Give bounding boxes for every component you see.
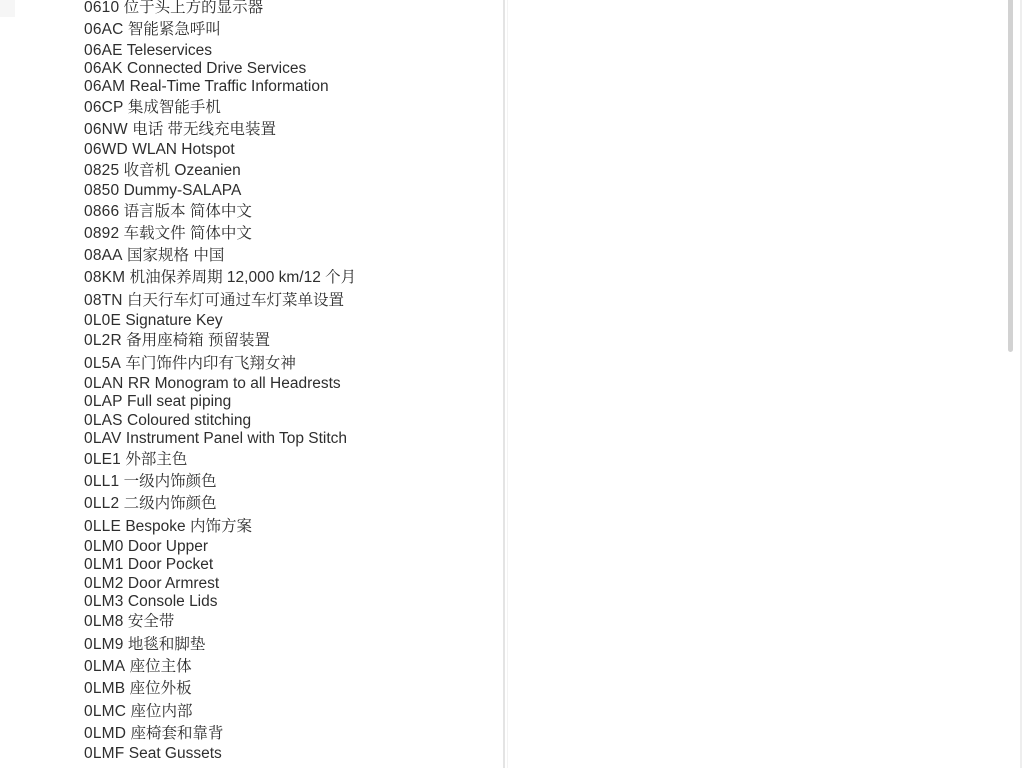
option-code: 0L2R [84,332,122,349]
option-code: 0LM3 [84,593,124,610]
option-description: 外部主色 [125,451,187,468]
option-description: 国家规格 中国 [127,247,224,264]
option-code: 0892 [84,225,119,242]
option-description: 备用座椅箱 预留装置 [126,332,270,349]
option-code: 06WD [84,141,128,158]
option-description: 座位外板 [130,680,192,697]
list-item: 0LAS Coloured stitching [84,412,503,430]
option-code: 0L5A [84,355,121,372]
option-description: Teleservices [127,42,212,59]
option-description: 集成智能手机 [128,99,221,116]
option-description: WLAN Hotspot [132,141,235,158]
list-item: 0LM3 Console Lids [84,593,503,611]
option-code: 0LLE [84,518,121,535]
list-item: 0LAV Instrument Panel with Top Stitch [84,430,503,448]
list-item: 0892 车载文件 简体中文 [84,223,503,245]
option-description: Real-Time Traffic Information [130,78,329,95]
option-code: 0866 [84,203,119,220]
option-description: Door Armrest [128,575,219,592]
list-item: 0L2R 备用座椅箱 预留装置 [84,330,503,352]
list-item: 08TN 白天行车灯可通过车灯菜单设置 [84,290,503,312]
option-code: 0LM8 [84,613,124,630]
option-description: Bespoke 内饰方案 [125,518,252,535]
list-item: 0LM9 地毯和脚垫 [84,634,503,656]
list-item: 0LMF Seat Gussets [84,745,503,763]
app-window: 0610 位于头上方的显示器06AC 智能紧急呼叫06AE Teleservic… [0,0,1024,768]
option-code: 0LL1 [84,473,119,490]
option-description: 车载文件 简体中文 [124,225,252,242]
option-code: 06AK [84,60,123,77]
list-item: 0L5A 车门饰件内印有飞翔女神 [84,353,503,375]
option-code: 0LAN [84,375,124,392]
list-item: 0LM8 安全带 [84,611,503,633]
option-description: 车门饰件内印有飞翔女神 [125,355,296,372]
option-description: Coloured stitching [127,412,251,429]
list-item: 0866 语言版本 简体中文 [84,201,503,223]
option-code: 06CP [84,99,124,116]
list-item: 0LMC 座位内部 [84,701,503,723]
option-description: 收音机 Ozeanien [124,162,241,179]
option-code: 0LAS [84,412,123,429]
list-item: 0LM1 Door Pocket [84,556,503,574]
list-item: 0LE1 外部主色 [84,449,503,471]
list-item: 0LMA 座位主体 [84,656,503,678]
list-item: 08KM 机油保养周期 12,000 km/12 个月 [84,267,503,289]
option-description: Seat Gussets [129,745,222,762]
option-code: 0LMD [84,725,126,742]
option-code: 0LM0 [84,538,124,555]
option-code: 06AC [84,21,124,38]
list-item: 06CP 集成智能手机 [84,97,503,119]
list-item: 0LM2 Door Armrest [84,575,503,593]
list-item: 0LL2 二级内饰颜色 [84,493,503,515]
option-description: 座位内部 [130,703,192,720]
list-item: 08AA 国家规格 中国 [84,245,503,267]
option-code: 0L0E [84,312,121,329]
list-item: 0850 Dummy-SALAPA [84,182,503,200]
option-code: 0LMA [84,658,125,675]
scrollbar-thumb[interactable] [1008,0,1013,352]
option-description: Full seat piping [127,393,231,410]
option-code: 0LM2 [84,575,124,592]
options-scroll-area[interactable]: 0610 位于头上方的显示器06AC 智能紧急呼叫06AE Teleservic… [0,0,503,768]
option-code: 0850 [84,182,119,199]
option-description: Dummy-SALAPA [124,182,242,199]
option-description: Door Pocket [128,556,213,573]
list-item: 06WD WLAN Hotspot [84,141,503,159]
list-item: 0LAP Full seat piping [84,393,503,411]
list-item: 0LMD 座椅套和靠背 [84,723,503,745]
pane-divider [503,0,505,768]
option-code: 0LL2 [84,495,119,512]
option-code: 0LMC [84,703,126,720]
list-item: 0L0E Signature Key [84,312,503,330]
option-code: 0LAV [84,430,122,447]
option-description: Signature Key [125,312,222,329]
option-code: 0LAP [84,393,123,410]
list-item: 0LM0 Door Upper [84,538,503,556]
option-code: 06AE [84,42,123,59]
option-description: Console Lids [128,593,218,610]
list-item: 0825 收音机 Ozeanien [84,160,503,182]
option-code: 06NW [84,121,128,138]
list-item: 0LAN RR Monogram to all Headrests [84,375,503,393]
option-code: 0825 [84,162,119,179]
option-description: 二级内饰颜色 [124,495,217,512]
list-item: 06AK Connected Drive Services [84,60,503,78]
option-description: 白天行车灯可通过车灯菜单设置 [127,292,344,309]
option-code: 08KM [84,269,125,286]
option-description: 电话 带无线充电装置 [132,121,276,138]
option-code: 08TN [84,292,123,309]
option-description: Connected Drive Services [127,60,306,77]
option-description: 座椅套和靠背 [130,725,223,742]
option-code: 0610 [84,0,119,16]
list-item: 0LLE Bespoke 内饰方案 [84,516,503,538]
option-description: Instrument Panel with Top Stitch [126,430,347,447]
option-description: Door Upper [128,538,208,555]
option-code: 08AA [84,247,123,264]
option-description: 安全带 [128,613,175,630]
list-item: 0LL1 一级内饰颜色 [84,471,503,493]
option-code: 0LM1 [84,556,124,573]
list-item: 06AC 智能紧急呼叫 [84,19,503,41]
option-code: 0LMB [84,680,125,697]
list-item: 06AM Real-Time Traffic Information [84,78,503,96]
option-code: 06AM [84,78,125,95]
option-code: 0LM9 [84,636,124,653]
option-description: 智能紧急呼叫 [128,21,221,38]
option-description: 一级内饰颜色 [124,473,217,490]
option-code: 0LE1 [84,451,121,468]
list-item: 0LMB 座位外板 [84,678,503,700]
option-description: 座位主体 [130,658,192,675]
list-item: 06NW 电话 带无线充电装置 [84,119,503,141]
option-description: 机油保养周期 12,000 km/12 个月 [130,269,357,286]
scrollbar-track [1020,0,1022,768]
option-description: 语言版本 简体中文 [124,203,252,220]
list-item: 0610 位于头上方的显示器 [84,0,503,19]
list-item: 06AE Teleservices [84,42,503,60]
option-description: 位于头上方的显示器 [124,0,264,16]
option-code: 0LMF [84,745,124,762]
option-description: RR Monogram to all Headrests [128,375,341,392]
option-description: 地毯和脚垫 [128,636,206,653]
detail-pane-empty [508,0,1020,768]
vehicle-option-list: 0610 位于头上方的显示器06AC 智能紧急呼叫06AE Teleservic… [84,0,503,764]
